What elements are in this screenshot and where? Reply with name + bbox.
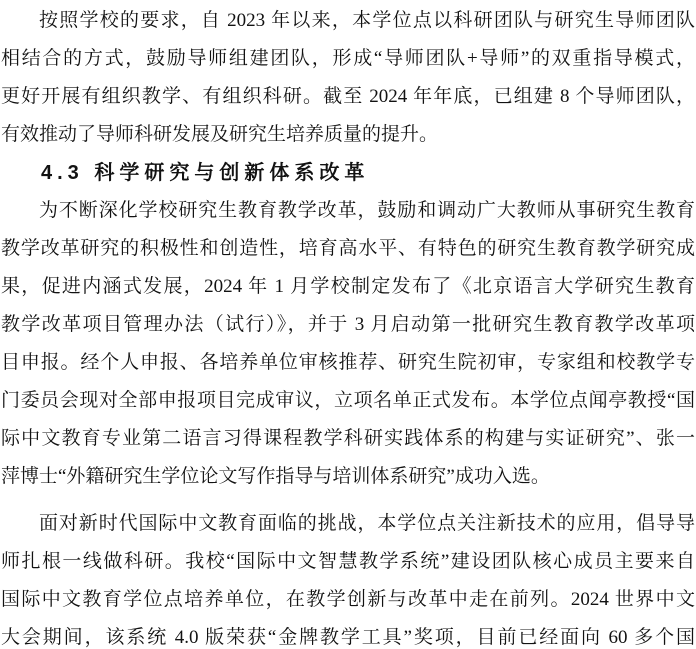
paragraph-mentor-teams: 按照学校的要求，自 2023 年以来，本学位点以科研团队与研究生导师团队相结合的… xyxy=(1,2,695,154)
text-line: 大会期间，该系统 4.0 版荣获“金牌教学工具”奖项，目前已经面向 60 多个国 xyxy=(1,619,695,649)
text-line: 萍博士“外籍研究生学位论文写作指导与培训体系研究”成功入选。 xyxy=(1,458,695,496)
text-line: 更好开展有组织教学、有组织科研。截至 2024 年年底，已组建 8 个导师团队， xyxy=(1,78,695,116)
document-body: 按照学校的要求，自 2023 年以来，本学位点以科研团队与研究生导师团队相结合的… xyxy=(1,2,695,649)
text-line: 为不断深化学校研究生教育教学改革，鼓励和调动广大教师从事研究生教育 xyxy=(1,192,695,230)
section-heading-4-3: 4.3 科学研究与创新体系改革 xyxy=(1,154,695,192)
text-line: 国际中文教育学位点培养单位，在教学创新与改革中走在前列。2024 世界中文 xyxy=(1,581,695,619)
paragraph-teaching-reform-projects: 为不断深化学校研究生教育教学改革，鼓励和调动广大教师从事研究生教育教学改革研究的… xyxy=(1,192,695,496)
text-line: 教学改革研究的积极性和创造性，培育高水平、有特色的研究生教育教学研究成 xyxy=(1,230,695,268)
heading-text: 4.3 科学研究与创新体系改革 xyxy=(1,154,695,192)
text-line: 相结合的方式，鼓励导师组建团队，形成“导师团队+导师”的双重指导模式， xyxy=(1,40,695,78)
text-line: 际中文教育专业第二语言习得课程教学科研实践体系的构建与实证研究”、张一 xyxy=(1,420,695,458)
text-line: 教学改革项目管理办法（试行）》，并于 3 月启动第一批研究生教育教学改革项 xyxy=(1,306,695,344)
paragraph-smart-teaching-system: 面对新时代国际中文教育面临的挑战，本学位点关注新技术的应用，倡导导师扎根一线做科… xyxy=(1,505,695,649)
text-line: 门委员会现对全部申报项目完成审议，立项名单正式发布。本学位点闻亭教授“国 xyxy=(1,382,695,420)
text-line: 目申报。经个人申报、各培养单位审核推荐、研究生院初审，专家组和校教学专 xyxy=(1,344,695,382)
document-page: 按照学校的要求，自 2023 年以来，本学位点以科研团队与研究生导师团队相结合的… xyxy=(0,0,696,649)
text-line: 有效推动了导师科研发展及研究生培养质量的提升。 xyxy=(1,116,695,154)
text-line: 面对新时代国际中文教育面临的挑战，本学位点关注新技术的应用，倡导导 xyxy=(1,505,695,543)
text-line: 果，促进内涵式发展，2024 年 1 月学校制定发布了《北京语言大学研究生教育 xyxy=(1,268,695,306)
text-line: 师扎根一线做科研。我校“国际中文智慧教学系统”建设团队核心成员主要来自 xyxy=(1,543,695,581)
text-line: 按照学校的要求，自 2023 年以来，本学位点以科研团队与研究生导师团队 xyxy=(1,2,695,40)
